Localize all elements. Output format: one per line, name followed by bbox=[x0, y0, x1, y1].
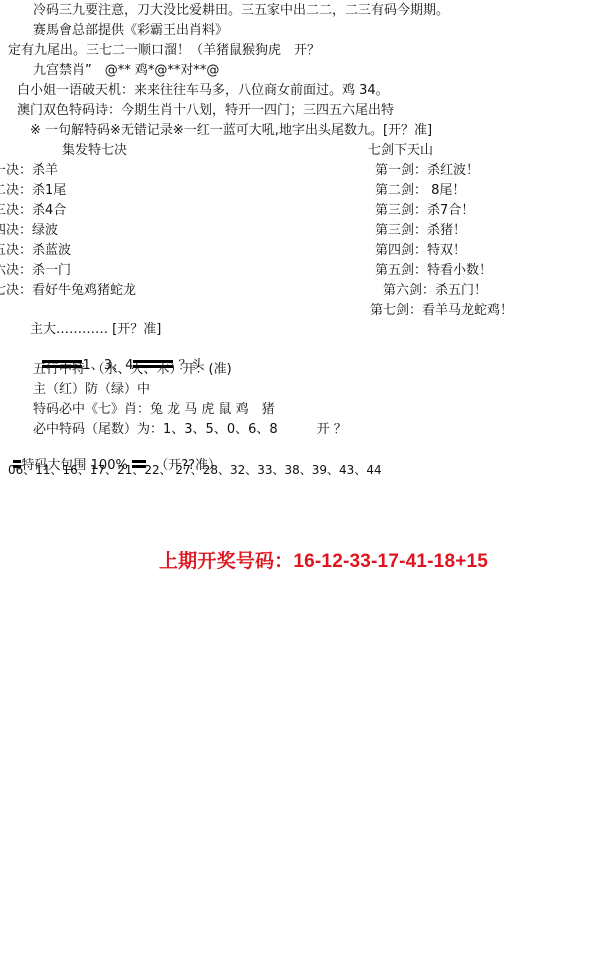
last-draw-result: 上期开奖号码：16-12-33-17-41-18+15 bbox=[148, 524, 488, 573]
list-item: 第三剑：杀7合！ bbox=[375, 203, 474, 219]
text-line: 主大………… [开？准] bbox=[30, 322, 161, 338]
section-title: 七剑下天山 bbox=[368, 143, 433, 159]
text-line: 澳门双色特码诗：今期生肖十八划，特开一四门；三四五六尾出特 bbox=[17, 103, 394, 119]
text-line: 白小姐一语破天机：来来往往车马多，八位商女前面过。鸡 34。 bbox=[17, 83, 389, 99]
list-item: 第七剑：看羊马龙蛇鸡！ bbox=[370, 303, 513, 319]
baowei-numbers: 06、11、16、17、21、22、 27、28、32、33、38、39、43、… bbox=[8, 462, 382, 478]
list-item: 第三剑：杀猪！ bbox=[375, 223, 466, 239]
text-line: 特码必中《七》肖：兔 龙 马 虎 鼠 鸡 猪 bbox=[33, 402, 275, 418]
section-title: 集发特七决 bbox=[62, 143, 127, 159]
list-item: 第四剑：特双！ bbox=[375, 243, 466, 259]
list-item: 一决：杀羊 bbox=[0, 163, 58, 179]
list-item: 第五剑：特看小数！ bbox=[375, 263, 492, 279]
list-item: 六决：杀一门 bbox=[0, 263, 71, 279]
list-item: 第一剑：杀红波！ bbox=[375, 163, 479, 179]
text-line: 赛馬會总部提供《彩霸王出肖料》 bbox=[33, 23, 228, 39]
last-draw-numbers: 16-12-33-17-41-18+15 bbox=[293, 551, 488, 572]
text-line: 冷码三九要注意，刀大没比爱耕田。三五家中出二二，二三有码今期期。 bbox=[33, 3, 449, 19]
list-item: 七决：看好牛兔鸡猪蛇龙 bbox=[0, 283, 136, 299]
text-line: 必中特码（尾数）为：1、3、5、0、6、8 开 ？ bbox=[33, 422, 347, 438]
list-item: 三决：杀4合 bbox=[0, 203, 66, 219]
list-item: 五决：杀蓝波 bbox=[0, 243, 71, 259]
text-line: 五行中特 （水、火、木）开：(准) bbox=[33, 362, 232, 378]
last-draw-label: 上期开奖号码： bbox=[159, 551, 293, 572]
text-line: 定有九尾出。三七二一顺口溜！（羊猪鼠猴狗虎 开？ bbox=[8, 43, 320, 59]
text-line: 主（红）防（绿）中 bbox=[33, 382, 150, 398]
list-item: 第二剑： 8尾！ bbox=[375, 183, 465, 199]
list-item: 二决：杀1尾 bbox=[0, 183, 66, 199]
list-item: 四决：绿波 bbox=[0, 223, 58, 239]
list-item: 第六剑：杀五门！ bbox=[383, 283, 487, 299]
text-line: 九宫禁肖” @** 鸡*@**对**@ bbox=[33, 63, 219, 79]
text-line: ※ 一句解特码※无错记录※一红一蓝可大吼,地字出头尾数九。[开？准] bbox=[30, 123, 432, 139]
